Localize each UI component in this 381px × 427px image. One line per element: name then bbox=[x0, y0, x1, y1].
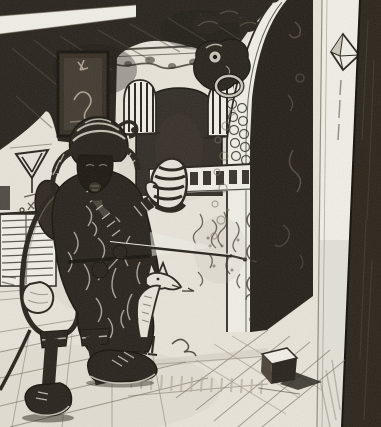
grain-overlay bbox=[0, 0, 381, 427]
engraving-illustration bbox=[0, 0, 381, 427]
illustration-canvas bbox=[0, 0, 381, 427]
